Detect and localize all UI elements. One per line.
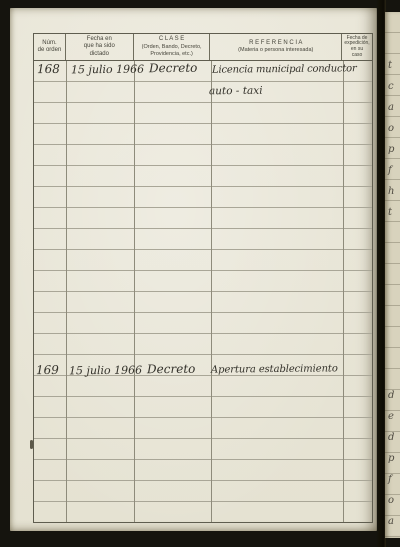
entry-date: 15 julio 1966 bbox=[71, 63, 144, 77]
entry-reference-line1: Licencia municipal conductor bbox=[212, 63, 357, 76]
fragment: a bbox=[388, 97, 400, 118]
entry-class: Decreto bbox=[149, 61, 197, 76]
scanned-registry-photo: Núm. de orden Fecha en que ha sido dicta… bbox=[0, 0, 400, 547]
entry-reference-line1: Apertura establecimiento bbox=[211, 363, 338, 375]
header-line: dictado bbox=[66, 51, 133, 59]
entry-number: 168 bbox=[37, 62, 60, 76]
column-header-num: Núm. de orden bbox=[34, 34, 66, 60]
entry-reference-line2: auto - taxi bbox=[209, 85, 263, 98]
header-line: Fecha en bbox=[66, 36, 133, 44]
fragment: d bbox=[388, 385, 400, 406]
fragment: h bbox=[388, 181, 400, 202]
header-line: (Orden, Bando, Decreto, bbox=[134, 44, 210, 51]
fragment: t bbox=[388, 55, 400, 76]
column-header-fecha: Fecha en que ha sido dictado bbox=[66, 34, 134, 60]
header-line: Providencia, etc.) bbox=[134, 51, 210, 58]
ink-blemish bbox=[30, 440, 33, 449]
column-divider bbox=[134, 61, 135, 522]
registry-page: Núm. de orden Fecha en que ha sido dicta… bbox=[10, 8, 377, 531]
fragment: c bbox=[388, 76, 400, 97]
header-line: C L A S E bbox=[134, 36, 210, 44]
column-header-clase: C L A S E (Orden, Bando, Decreto, Provid… bbox=[134, 34, 211, 60]
fragment: o bbox=[388, 490, 400, 511]
header-line: R E F E R E N C I A bbox=[210, 40, 341, 48]
fragment: f bbox=[388, 160, 400, 181]
column-divider bbox=[66, 61, 67, 522]
fragment: o bbox=[388, 118, 400, 139]
handwriting-fragments-bottom: d e d p f o a bbox=[388, 385, 400, 532]
handwriting-fragments-top: t c a o p f h t bbox=[388, 55, 400, 223]
fragment: a bbox=[388, 511, 400, 532]
header-line: (Materia o persona interesada) bbox=[210, 47, 341, 54]
header-line: Núm. bbox=[34, 40, 65, 48]
entry-class: Decreto bbox=[147, 362, 195, 377]
entry-date: 15 julio 1966 bbox=[69, 364, 142, 378]
fragment: f bbox=[388, 469, 400, 490]
header-line: que ha sido bbox=[66, 43, 133, 51]
adjacent-page-edge: t c a o p f h t d e d p f o a bbox=[385, 12, 400, 538]
fragment: d bbox=[388, 427, 400, 448]
table-grid bbox=[34, 61, 372, 522]
entry-number: 169 bbox=[36, 363, 59, 377]
fragment: p bbox=[388, 448, 400, 469]
fragment: t bbox=[388, 202, 400, 223]
table-header-row: Núm. de orden Fecha en que ha sido dicta… bbox=[34, 34, 372, 61]
column-header-referencia: R E F E R E N C I A (Materia o persona i… bbox=[210, 34, 342, 60]
column-divider bbox=[343, 61, 344, 522]
header-line: caso bbox=[342, 53, 372, 59]
column-header-expedicion: Fecha de expedición, en su caso bbox=[342, 34, 372, 60]
column-divider bbox=[211, 61, 212, 522]
registry-table: Núm. de orden Fecha en que ha sido dicta… bbox=[33, 33, 373, 523]
header-line: de orden bbox=[34, 47, 65, 55]
fragment: e bbox=[388, 406, 400, 427]
fragment: p bbox=[388, 139, 400, 160]
